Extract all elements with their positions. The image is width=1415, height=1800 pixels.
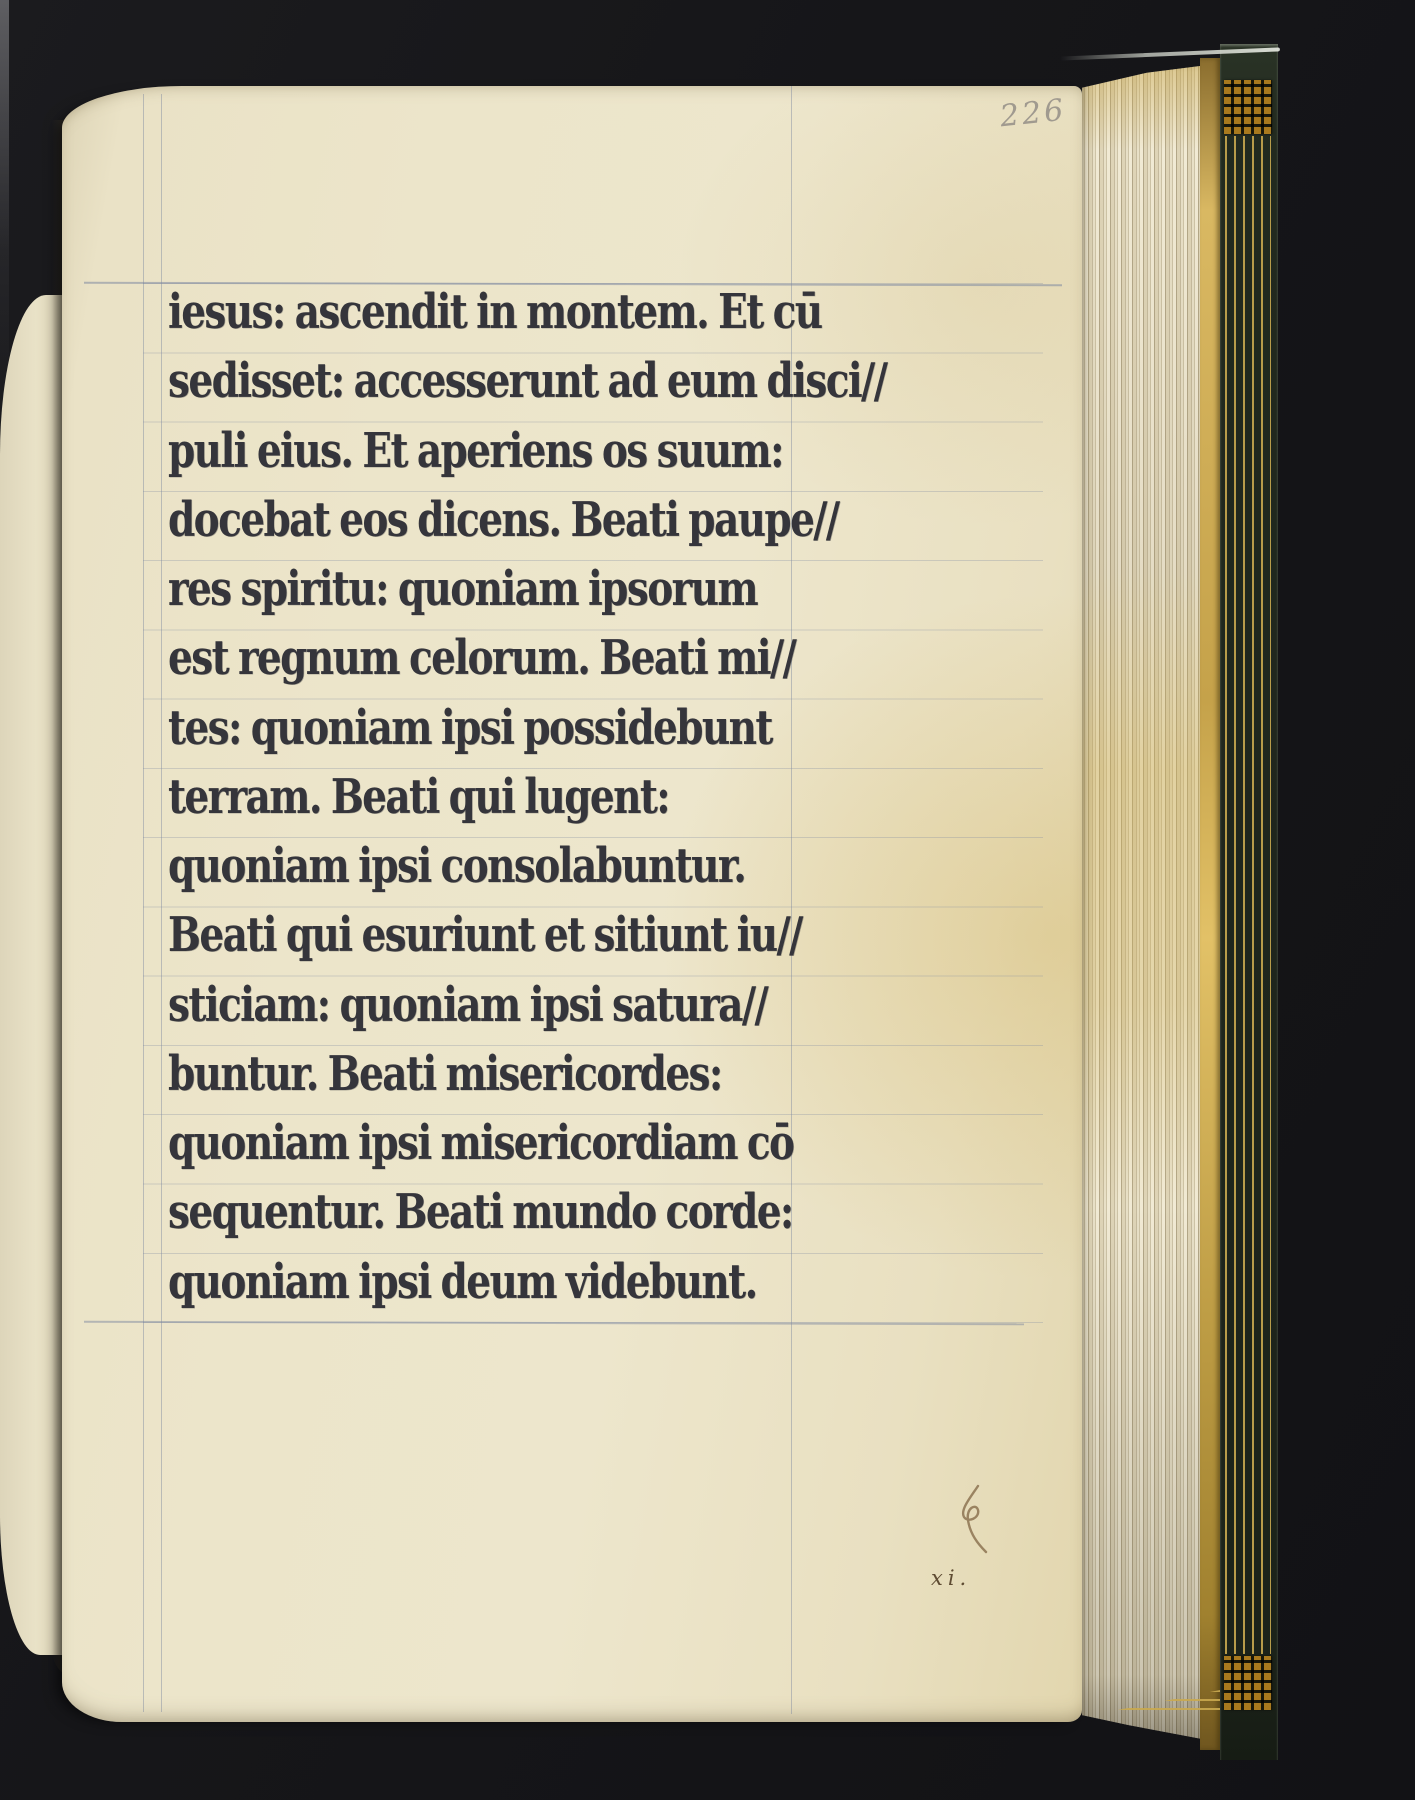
text-line-content: quoniam ipsi deum videbunt. [168, 1243, 757, 1321]
text-line-content: docebat eos dicens. Beati paupe// [168, 481, 839, 559]
text-line-content: res spiritu: quoniam ipsorum [168, 550, 757, 628]
text-line-content: terram. Beati qui lugent: [168, 758, 669, 836]
fore-edge-page-stack [1082, 66, 1200, 1742]
photo-edge-streak [0, 0, 9, 420]
text-line-content: sedisset: accesserunt ad eum disci// [168, 342, 886, 420]
text-line-content: sequentur. Beati mundo corde: [168, 1173, 793, 1251]
text-line-content: quoniam ipsi misericordiam cō [168, 1104, 793, 1182]
text-block: iesus: ascendit in montem. Et cū sedisse… [168, 284, 928, 1323]
quire-signature-label: xi. [931, 1566, 971, 1590]
text-line-content: quoniam ipsi consolabuntur. [168, 827, 745, 905]
binding-cover [1220, 44, 1278, 1760]
text-line-content: puli eius. Et aperiens os suum: [168, 412, 783, 490]
text-line-content: iesus: ascendit in montem. Et cū [168, 273, 822, 351]
text-line-content: buntur. Beati misericordes: [168, 1035, 722, 1113]
text-line-content: Beati qui esuriunt et sitiunt iu// [168, 896, 802, 974]
gold-tooling-grid-bottom [1224, 1656, 1272, 1710]
gold-fillet-lines [1225, 136, 1271, 1654]
manuscript-page: iesus: ascendit in montem. Et cū sedisse… [62, 86, 1082, 1722]
text-line-content: est regnum celorum. Beati mi// [168, 619, 795, 697]
pencil-folio-number: 226 [998, 93, 1068, 135]
text-line: quoniam ipsi deum videbunt. [168, 1254, 928, 1323]
photo-backdrop: iesus: ascendit in montem. Et cū sedisse… [0, 0, 1415, 1800]
gilt-fore-edge [1200, 58, 1220, 1750]
quire-mark-icon [948, 1482, 994, 1564]
gold-tooling-grid-top [1224, 80, 1272, 134]
text-line-content: tes: quoniam ipsi possidebunt [168, 689, 772, 767]
text-line-content: sticiam: quoniam ipsi satura// [168, 966, 767, 1044]
